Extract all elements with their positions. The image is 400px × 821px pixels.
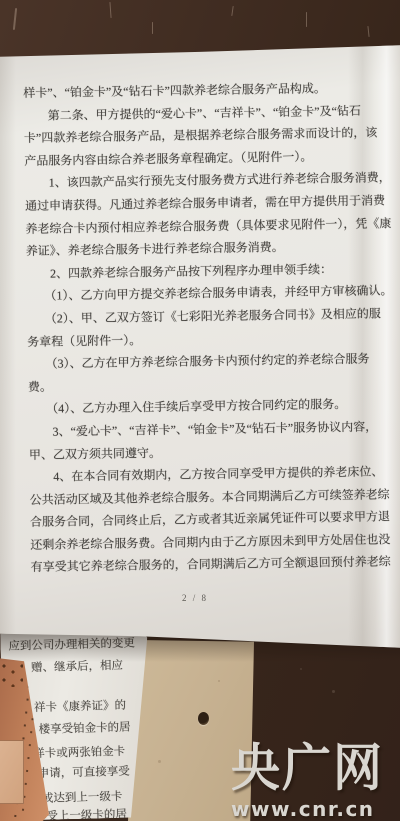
under-sheet-line: 祥卡或两张铂金卡: [33, 743, 125, 761]
cardboard-fleck: [218, 680, 220, 682]
card-inner-panel: [0, 740, 24, 804]
page-left-shade: [0, 44, 16, 652]
under-sheet-line: 祥卡《康养证》的: [34, 697, 126, 715]
under-sheet-line: 申请，可直接享受: [38, 763, 130, 781]
cnr-watermark: 央广网 www.cnr.cn: [231, 741, 384, 821]
wood-scratch: [231, 6, 233, 16]
wood-scratch: [109, 2, 111, 18]
contract-line: 有享受其它养老综合服务的，合同期满后乙方可全额退回预付养老综: [31, 551, 387, 579]
wood-scratch: [152, 22, 153, 34]
cardboard-fleck: [158, 760, 161, 763]
punch-hole: [198, 712, 209, 725]
card-corner-motif: [0, 661, 23, 687]
watermark-site-name: 央广网: [231, 741, 384, 797]
wood-scratch: [367, 26, 369, 37]
contract-page: 样卡”、“铂金卡”及“钻石卡”四款养老综合服务产品构成。 第二条、甲方提供的“爱…: [0, 44, 400, 652]
page-number: 2 / 8: [150, 593, 240, 603]
photographed-contract-scene: 应到公司办理相关的变更 赠、继承后，相应 祥卡《康养证》的 楼享受铂金卡的居 祥…: [0, 0, 400, 821]
wood-fleck: [332, 690, 335, 693]
under-sheet-line: 楼享受铂金卡的居: [38, 719, 130, 737]
wood-fleck: [300, 668, 302, 670]
wood-scratch: [13, 8, 17, 30]
under-sheet-line: 应到公司办理相关的变更: [8, 634, 135, 653]
watermark-site-url: www.cnr.cn: [231, 797, 384, 821]
wood-scratch: [306, 12, 307, 27]
under-sheet-line: 赠、继承后，相应: [31, 657, 123, 675]
contract-text: 样卡”、“铂金卡”及“钻石卡”四款养老综合服务产品构成。 第二条、甲方提供的“爱…: [23, 76, 387, 579]
